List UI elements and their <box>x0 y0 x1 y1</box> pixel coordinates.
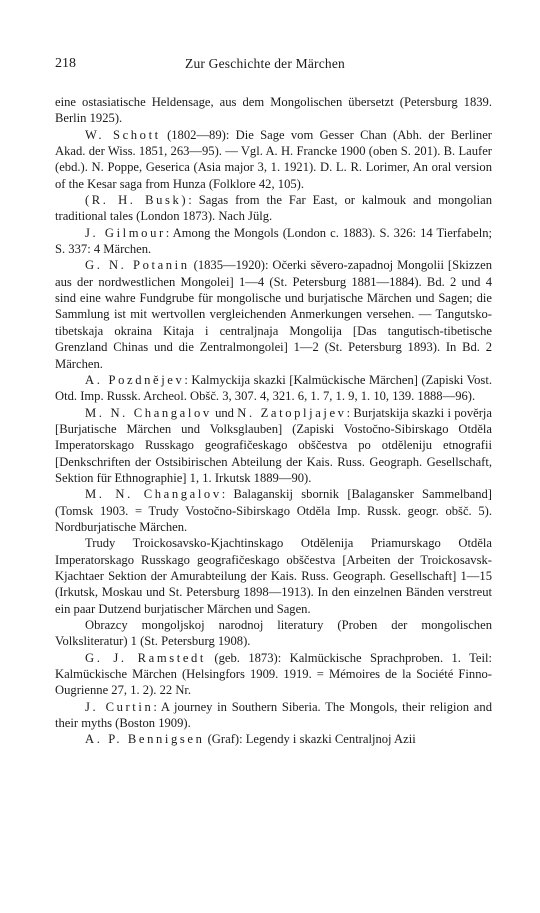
author-name: M. N. Changalov <box>85 487 222 501</box>
entry-bennigsen: A. P. Bennigsen (Graf): Legendy i skazki… <box>55 731 492 747</box>
entry-pozdnejev: A. Pozdnějev: Kalmyckija skazki [Kalmück… <box>55 372 492 405</box>
entry-curtin: J. Curtin: A journey in Southern Siberia… <box>55 699 492 732</box>
author-name: G. N. Potanin <box>85 258 190 272</box>
entry-ramstedt: G. J. Ramstedt (geb. 1873): Kalmückische… <box>55 650 492 699</box>
paragraph-continuation: eine ostasiatische Heldensage, aus dem M… <box>55 94 492 127</box>
author-name: G. J. Ramstedt <box>85 651 206 665</box>
bibliography-text: eine ostasiatische Heldensage, aus dem M… <box>55 94 492 748</box>
author-name: M. N. Changalov <box>85 406 212 420</box>
running-title: Zur Geschichte der Märchen <box>185 56 345 72</box>
author-name: A. Pozdnějev <box>85 373 184 387</box>
author-name: N. Zatopljajev <box>237 406 346 420</box>
page-header: 218 Zur Geschichte der Märchen <box>55 56 492 76</box>
book-page: 218 Zur Geschichte der Märchen eine osta… <box>55 56 492 748</box>
entry-obrazcy: Obrazcy mongoljskoj narodnoj literatury … <box>55 617 492 650</box>
author-name: J. Curtin <box>85 700 153 714</box>
entry-changalov: M. N. Changalov: Balaganskij sbornik [Ba… <box>55 486 492 535</box>
author-name: J. Gilmour <box>85 226 166 240</box>
entry-changalov-zatopljajev: M. N. Changalov und N. Zatopljajev: Burj… <box>55 405 492 487</box>
author-name: (R. H. Busk) <box>85 193 188 207</box>
entry-gilmour: J. Gilmour: Among the Mongols (London c.… <box>55 225 492 258</box>
page-number: 218 <box>55 56 76 72</box>
author-name: A. P. Bennigsen <box>85 732 204 746</box>
entry-schott: W. Schott (1802—89): Die Sage vom Gesser… <box>55 127 492 192</box>
author-name: W. Schott <box>85 128 161 142</box>
entry-busk: (R. H. Busk): Sagas from the Far East, o… <box>55 192 492 225</box>
entry-potanin: G. N. Potanin (1835—1920): Očerki sěvero… <box>55 257 492 371</box>
entry-trudy: Trudy Troickosavsko-Kjachtinskago Otděle… <box>55 535 492 617</box>
